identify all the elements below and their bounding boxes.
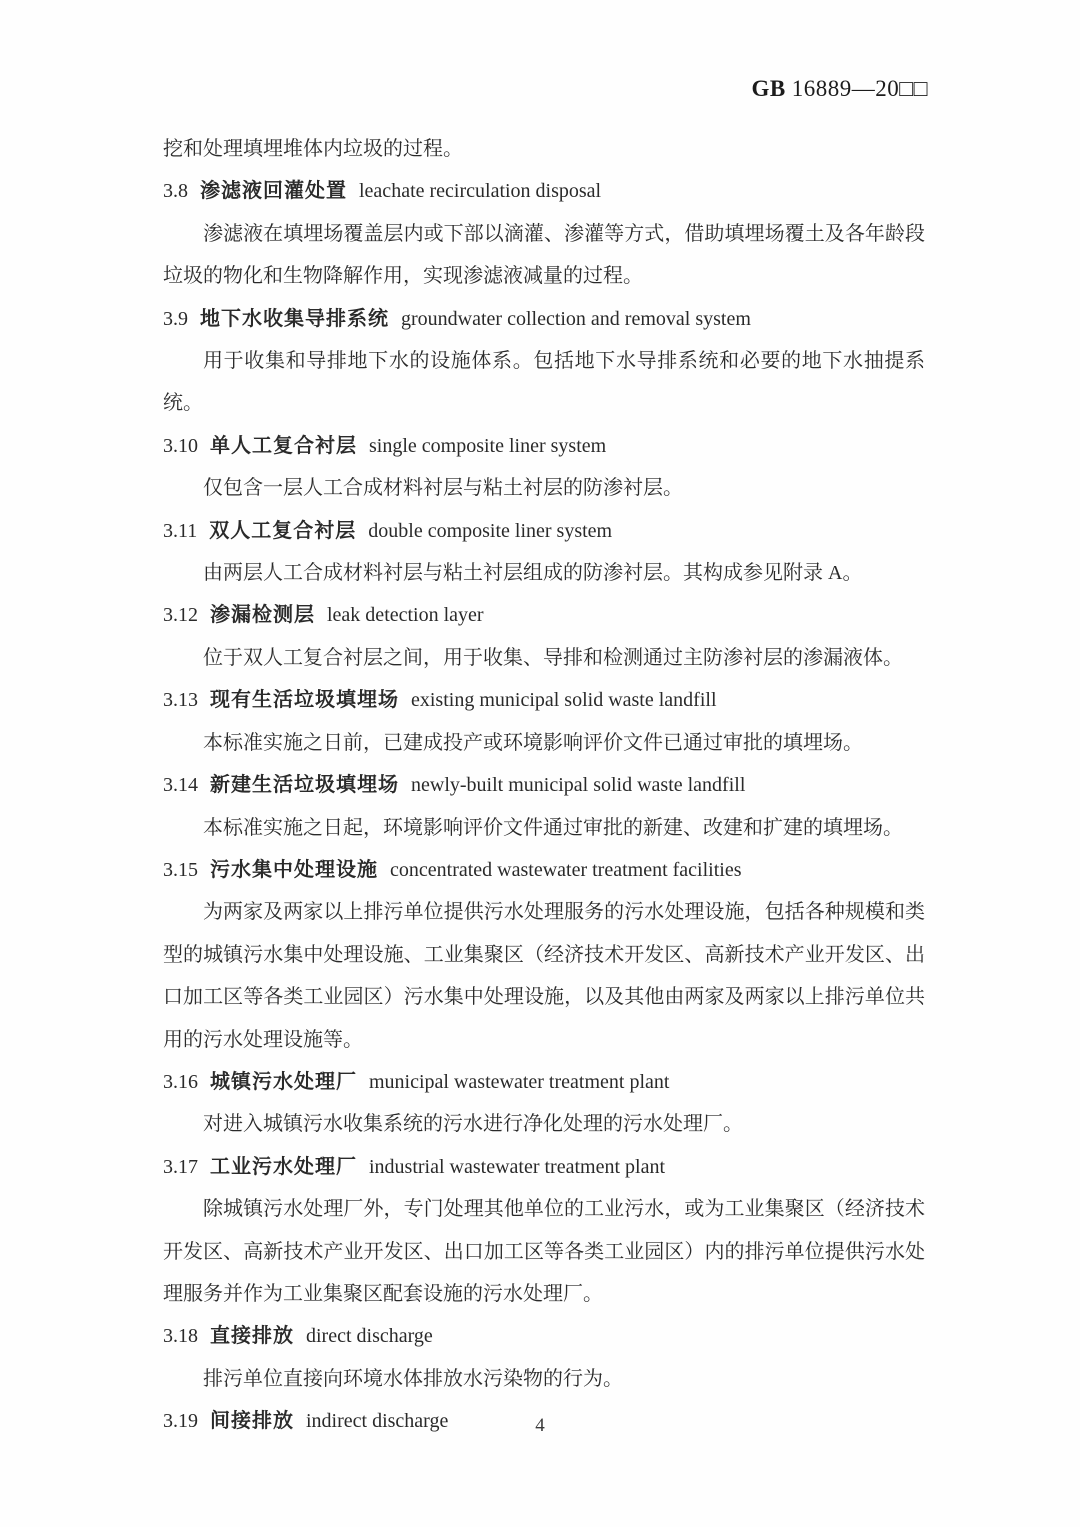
term-chinese: 渗漏检测层: [210, 604, 315, 626]
term-heading: 3.10单人工复合衬层single composite liner system: [163, 425, 925, 467]
term-number: 3.15: [163, 859, 198, 881]
term-number: 3.10: [163, 435, 198, 457]
term-number: 3.14: [163, 774, 198, 796]
term-heading: 3.14新建生活垃圾填埋场newly-built municipal solid…: [163, 764, 925, 806]
term-english: municipal wastewater treatment plant: [369, 1071, 669, 1093]
term-definition: 排污单位直接向环境水体排放水污染物的行为。: [163, 1358, 925, 1400]
term-section: 3.9地下水收集导排系统groundwater collection and r…: [163, 298, 925, 425]
term-number: 3.16: [163, 1071, 198, 1093]
term-chinese: 现有生活垃圾填埋场: [210, 689, 399, 711]
document-page: GB16889—20□□ 挖和处理填埋堆体内垃圾的过程。 3.8渗滤液回灌处置l…: [0, 0, 1080, 1527]
term-chinese: 地下水收集导排系统: [200, 308, 389, 330]
term-section: 3.15污水集中处理设施concentrated wastewater trea…: [163, 849, 925, 1061]
term-section: 3.14新建生活垃圾填埋场newly-built municipal solid…: [163, 764, 925, 849]
term-english: leak detection layer: [327, 604, 484, 626]
term-chinese: 新建生活垃圾填埋场: [210, 774, 399, 796]
term-heading: 3.16城镇污水处理厂municipal wastewater treatmen…: [163, 1061, 925, 1103]
term-section: 3.11双人工复合衬层double composite liner system…: [163, 510, 925, 595]
term-english: groundwater collection and removal syste…: [401, 308, 751, 330]
term-english: leachate recirculation disposal: [359, 180, 601, 202]
standard-code-prefix: GB: [751, 76, 785, 101]
term-heading: 3.8渗滤液回灌处置leachate recirculation disposa…: [163, 170, 925, 212]
term-heading: 3.11双人工复合衬层double composite liner system: [163, 510, 925, 552]
term-heading: 3.9地下水收集导排系统groundwater collection and r…: [163, 298, 925, 340]
term-english: concentrated wastewater treatment facili…: [390, 859, 741, 881]
term-definition: 本标准实施之日前，已建成投产或环境影响评价文件已通过审批的填埋场。: [163, 722, 925, 764]
term-number: 3.8: [163, 180, 188, 202]
term-heading: 3.13现有生活垃圾填埋场existing municipal solid wa…: [163, 679, 925, 721]
page-header: GB16889—20□□: [751, 76, 928, 102]
term-number: 3.12: [163, 604, 198, 626]
term-definition: 除城镇污水处理厂外，专门处理其他单位的工业污水，或为工业集聚区（经济技术开发区、…: [163, 1188, 925, 1315]
term-english: double composite liner system: [368, 520, 612, 542]
term-chinese: 直接排放: [210, 1325, 294, 1347]
term-definition: 对进入城镇污水收集系统的污水进行净化处理的污水处理厂。: [163, 1103, 925, 1145]
term-definition: 用于收集和导排地下水的设施体系。包括地下水导排系统和必要的地下水抽提系统。: [163, 340, 925, 425]
term-section: 3.12渗漏检测层leak detection layer 位于双人工复合衬层之…: [163, 594, 925, 679]
term-english: direct discharge: [306, 1325, 433, 1347]
term-number: 3.17: [163, 1156, 198, 1178]
sections-container: 3.8渗滤液回灌处置leachate recirculation disposa…: [163, 170, 925, 1442]
term-chinese: 渗滤液回灌处置: [200, 180, 347, 202]
term-section: 3.16城镇污水处理厂municipal wastewater treatmen…: [163, 1061, 925, 1146]
term-section: 3.10单人工复合衬层single composite liner system…: [163, 425, 925, 510]
term-section: 3.8渗滤液回灌处置leachate recirculation disposa…: [163, 170, 925, 297]
term-definition: 渗滤液在填埋场覆盖层内或下部以滴灌、渗灌等方式，借助填埋场覆土及各年龄段垃圾的物…: [163, 213, 925, 298]
term-heading: 3.18直接排放direct discharge: [163, 1315, 925, 1357]
term-chinese: 单人工复合衬层: [210, 435, 357, 457]
term-heading: 3.17工业污水处理厂industrial wastewater treatme…: [163, 1146, 925, 1188]
term-english: newly-built municipal solid waste landfi…: [411, 774, 745, 796]
term-chinese: 双人工复合衬层: [209, 520, 356, 542]
term-definition: 为两家及两家以上排污单位提供污水处理服务的污水处理设施，包括各种规模和类型的城镇…: [163, 891, 925, 1061]
continuation-paragraph: 挖和处理填埋堆体内垃圾的过程。: [163, 128, 925, 170]
term-section: 3.17工业污水处理厂industrial wastewater treatme…: [163, 1146, 925, 1316]
standard-code-number: 16889—20□□: [792, 76, 928, 101]
document-body: 挖和处理填埋堆体内垃圾的过程。 3.8渗滤液回灌处置leachate recir…: [163, 128, 925, 1443]
term-definition: 由两层人工合成材料衬层与粘土衬层组成的防渗衬层。其构成参见附录 A。: [163, 552, 925, 594]
term-heading: 3.15污水集中处理设施concentrated wastewater trea…: [163, 849, 925, 891]
term-section: 3.13现有生活垃圾填埋场existing municipal solid wa…: [163, 679, 925, 764]
term-number: 3.9: [163, 308, 188, 330]
term-english: single composite liner system: [369, 435, 606, 457]
term-number: 3.18: [163, 1325, 198, 1347]
term-number: 3.11: [163, 520, 197, 542]
term-english: industrial wastewater treatment plant: [369, 1156, 665, 1178]
term-number: 3.13: [163, 689, 198, 711]
term-english: existing municipal solid waste landfill: [411, 689, 717, 711]
term-heading: 3.12渗漏检测层leak detection layer: [163, 594, 925, 636]
term-definition: 仅包含一层人工合成材料衬层与粘土衬层的防渗衬层。: [163, 467, 925, 509]
term-definition: 位于双人工复合衬层之间，用于收集、导排和检测通过主防渗衬层的渗漏液体。: [163, 637, 925, 679]
page-number: 4: [535, 1415, 545, 1436]
page-footer: 4: [0, 1415, 1080, 1437]
term-definition: 本标准实施之日起，环境影响评价文件通过审批的新建、改建和扩建的填埋场。: [163, 807, 925, 849]
term-section: 3.18直接排放direct discharge 排污单位直接向环境水体排放水污…: [163, 1315, 925, 1400]
term-chinese: 污水集中处理设施: [210, 859, 378, 881]
term-chinese: 工业污水处理厂: [210, 1156, 357, 1178]
term-chinese: 城镇污水处理厂: [210, 1071, 357, 1093]
